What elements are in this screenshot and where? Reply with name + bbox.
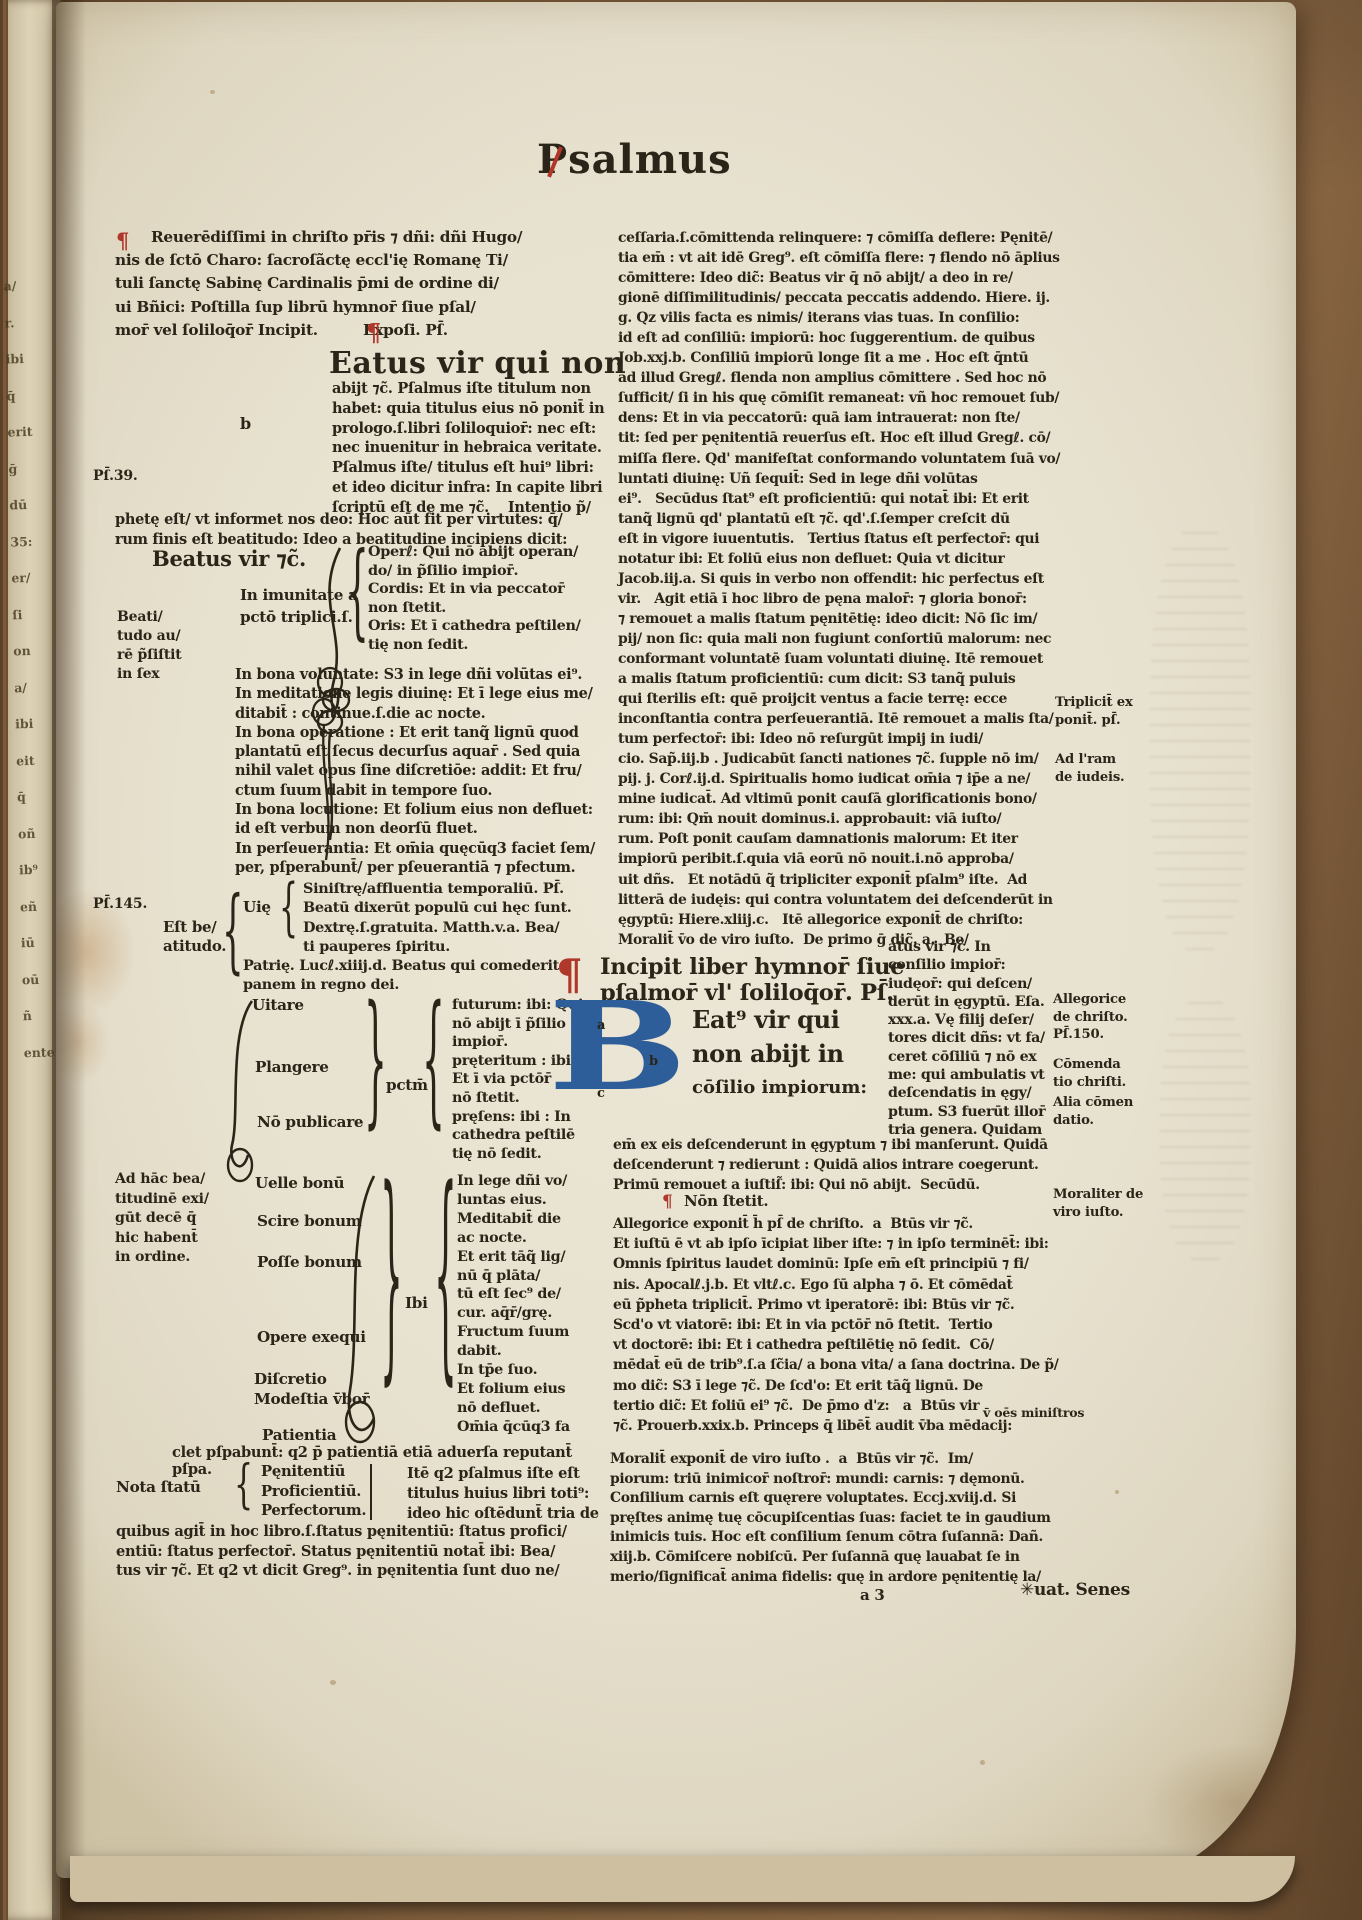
catchword: ✳uat. Senes (1020, 1580, 1130, 1600)
running-title: Psalmus (537, 136, 732, 183)
lemma-text: Beatus vir ⁊c̃. (152, 546, 306, 571)
text-line: nis de ſctō Charo: ſacroſãctę eccl'ię Ro… (115, 249, 605, 272)
text-line: In meditatione legis diuinę: Et ī lege e… (235, 684, 607, 703)
text-line: cathedra peſtilē (452, 1126, 604, 1145)
moraliter-paragraph: Moralit̄ exponit̄ de viro iuſto . a Btūs… (610, 1450, 1062, 1587)
text-line: rum. Poſt ponit cauſam damnationis malor… (618, 829, 1066, 849)
text-line: tit: ſed per pęnitentiā reuerſus eſt. Ho… (618, 428, 1066, 448)
text-line: eit (16, 752, 48, 789)
text-line: ḡ (8, 460, 40, 497)
text-line: deſcendatis in ęgy/ (888, 1084, 1056, 1102)
viae-entries: Siniſtrę/affluentia temporaliū. Pſ̄.Beat… (303, 879, 608, 956)
text-line: Scd'o vt viatorē: ibi: Et in via pctōr̄ … (613, 1315, 1061, 1335)
text-line: miſſa flere. Qd' manifeſtat conformando … (618, 449, 1066, 469)
text-line: ęgyptū: Hiere.xliij.c. Itē allegorice ex… (618, 910, 1066, 930)
text-line: datio. (1053, 1112, 1158, 1130)
text-line: Perfectorum. (261, 1501, 366, 1521)
text-line: tus vir ⁊c̃. Et q2 vt dicit Greg⁹. in pę… (116, 1561, 611, 1581)
brace: { (234, 1460, 253, 1513)
text-line: Pſalmus iſte/ titulus eſt hui⁹ libri: (332, 458, 602, 478)
foxing-spot (210, 90, 215, 94)
text-line: pręſtes animę tuę cōcupiſcentias ſuas: f… (610, 1509, 1062, 1529)
text-line: id eſt verbum non deorſū fluet. (235, 819, 607, 838)
text-line: phetę eſt/ vt informet nos deo: Hoc aūt … (115, 510, 607, 530)
text-line: In bona locutione: Et folium eius non de… (235, 800, 607, 819)
immunity-label: In imunitate apctō triplici.ſ. (240, 584, 358, 628)
heading-paragraph: abijt ⁊c̃. Pſalmus iſte titulum nonhabet… (332, 379, 602, 518)
text-line: Job.xxj.b. Conſiliū impiorū longe ſit a … (618, 348, 1066, 368)
text-line: Et erit tāq̃ lig/ (457, 1248, 609, 1267)
margin-note-text: Pſ̄.39. (93, 468, 138, 484)
text-line: nis. Apocalℓ.j.b. Et vltℓ.c. Ego ſū alph… (613, 1275, 1061, 1295)
margin-note-ad-hanc: Ad hāc bea/titudinē exi/gūt decē q̄hic h… (115, 1170, 211, 1268)
lemma-text: Nōn ſtetit. (684, 1192, 768, 1210)
foxing-spot (1115, 1490, 1119, 1494)
text-line: q̄ (17, 789, 49, 826)
text-line: nec inuenitur in hebraica veritate. (332, 438, 602, 458)
text-line: de chriſto. (1053, 1009, 1158, 1027)
text-line: g. Qz vilis facta es nimis/ iterans vias… (618, 308, 1066, 328)
brace: { (346, 542, 369, 646)
text-line: ⁊ remouet a malis ſtatum pęnitētię: ideo… (618, 609, 1066, 629)
text-line: In imunitate a (240, 584, 358, 606)
catchword-text: ✳uat. Senes (1020, 1580, 1130, 1600)
text-line: Ad l'ram (1055, 751, 1160, 769)
text-line: oñ (18, 825, 50, 862)
text-line: cōſilio impiorum: (692, 1071, 867, 1105)
text-line: tuli ſanctę Sabinę Cardinalis p̄mi de or… (115, 272, 605, 295)
text-line: abijt ⁊c̃. Pſalmus iſte titulum non (332, 379, 602, 399)
ten-item-patientia: Patientia (262, 1426, 336, 1444)
text-line: In perſeuerantia: Et om̄ia quęcūq3 facie… (235, 839, 607, 858)
text-line: ptum. S3 fuerūt illor̄ (888, 1103, 1056, 1121)
foxing-spot (330, 1680, 336, 1685)
margin-note-tripliciter: Triplicit̄ exponit̄. pſ̄. (1055, 694, 1160, 729)
text-line: Primū remouet a iuſtiſ̃: ibi: Qui nō abi… (613, 1175, 1061, 1195)
text-line: tia em̄ : vt ait idē Greg⁹. eſt cōmiſſa … (618, 248, 1066, 268)
text-line: me: qui ambulatis vt (888, 1066, 1056, 1084)
text-line: ideo hic oſtēdunt̄ tria de (407, 1504, 607, 1524)
text-line: Operℓ: Qui nō abijt operan/ (368, 543, 606, 562)
text-line: ñ (23, 1007, 55, 1044)
brace: { (422, 992, 445, 1136)
ink-bleedthrough (1160, 1000, 1250, 1260)
text-line: Et iuſtū ē vt ab ipſo īcipiat liber iſte… (613, 1234, 1061, 1254)
status-items: PęnitentiūProficientiū.Perfectorum. (261, 1462, 366, 1521)
text-line: nō defluet. (457, 1399, 609, 1418)
text-line: Omnis ſpiritus laudet dominū: Ipſe em̄ e… (613, 1254, 1061, 1274)
page-underneath-edge (70, 1856, 1295, 1902)
text-line: in ordine. (115, 1248, 211, 1268)
text-line: Allegorice exponit̄ h̄ pſ̄ de chriſto. a… (613, 1214, 1061, 1234)
text-line: mor̄ vel ſoliloq̄or̄ Incipit. Expoſi. Pſ… (115, 319, 605, 342)
text-line: deſcenderunt ⁊ redierunt : Quidā alios i… (613, 1155, 1061, 1175)
text-line: Moralit̄ exponit̄ de viro iuſto . a Btūs… (610, 1450, 1062, 1470)
text-line: luntas eius. (457, 1191, 609, 1210)
text-line: Eſt be/ (163, 918, 226, 937)
text-line: Pſ̄.150. (1053, 1026, 1158, 1044)
text-line: luntati diuinę: Uñ ſequit̄: Sed in lege … (618, 469, 1066, 489)
photo-of-incunable-page: { "colors":{"ink":"#2b2418","red":"#b038… (0, 0, 1362, 1920)
text-line: mine iudicat̄. Ad vltimū ponit cauſā glo… (618, 789, 1066, 809)
text-line: cur. aq̄r̄/grę. (457, 1304, 609, 1323)
text-line: mēdat̄ eū de trib⁹.ſ.a ſc̃ia/ a bona vit… (613, 1355, 1061, 1375)
text-line: entiū: ſtatus perfector̄. Status pęniten… (116, 1542, 611, 1562)
text-line: tię non ſedit. (368, 636, 606, 655)
foxing-spot (980, 1760, 985, 1765)
text-line: gionē diſſimilitudinis/ peccata peccatis… (618, 288, 1066, 308)
text-line: dū (9, 497, 41, 534)
text-line: ad illud Gregℓ. flenda non amplius cōmit… (618, 368, 1066, 388)
red-pilcrow-icon: ¶ (662, 1192, 673, 1212)
text-line: xiij.b. Cōmiſcere nobiſcū. Per ſuſannā q… (610, 1548, 1062, 1568)
ibi-references: In lege dñi vo/luntas eius.Meditabit̄ di… (457, 1172, 609, 1437)
text-line: non ſtetit. (368, 599, 606, 618)
text-line: oū (22, 971, 54, 1008)
text-line: In tp̄e ſuo. (457, 1361, 609, 1380)
text-line: tanq̃ lignū qd' plantatū eſt ⁊c̃. qd'.ſ.… (618, 509, 1066, 529)
chapter-opening-heading: Eatus vir qui non (329, 346, 626, 381)
non-stetit-lemma: Nōn ſtetit. (684, 1192, 768, 1210)
text-line: Pęnitentiū (261, 1462, 366, 1482)
note-text: v̄ oēs miniſtros (983, 1405, 1084, 1420)
guide-letter: b (649, 1054, 658, 1069)
text-line: tio chriſti. (1053, 1074, 1158, 1092)
text-line: impiorū peribit.ſ.quia viā eorū nō nouit… (618, 849, 1066, 869)
text-line: In lege dñi vo/ (457, 1172, 609, 1191)
text-line: vir. Agit etiā ī hoc libro de pęna malor… (618, 589, 1066, 609)
text-line: merio/ſignificat̄ anima fidelis: quę in … (610, 1568, 1062, 1588)
text-line: ctum ſuum dabit in tempore ſuo. (235, 781, 607, 800)
text-line: iudęor̄: qui deſcen/ (888, 975, 1056, 993)
text-line: cōmittere: Ideo dic̃: Beatus vir q̄ nō a… (618, 268, 1066, 288)
text-line: in ſex (117, 665, 207, 684)
tree-item-non-publicare: Nō publicare (257, 1113, 363, 1131)
text-line: Proficientiū. (261, 1482, 366, 1502)
tree-item-text: Nō publicare (257, 1113, 363, 1131)
text-line: xxx.a. Vę filij deſer/ (888, 1011, 1056, 1029)
text-line: derūt in ęgyptū. Eſa. (888, 993, 1056, 1011)
brace: { (434, 1168, 457, 1395)
text-line: ib⁹ (19, 862, 51, 899)
text-line: tum perfector̄: ibi: Ideo nō reſurgūt im… (618, 729, 1066, 749)
text-line: ibi (15, 716, 47, 753)
text-line: qui ſterilis eſt: quē proijcit ventus a … (618, 689, 1066, 709)
flourish-swash (300, 660, 360, 890)
text-line: cio. Sap̃.iij.b . Judicabūt ſancti natio… (618, 749, 1066, 769)
text-line: rum: ibi: Qm̄ nouit dominus.i. approbaui… (618, 809, 1066, 829)
text-line: a malis ſtatum proficientiū: cum dicit: … (618, 669, 1066, 689)
text-line: Et folium eius (457, 1380, 609, 1399)
text-line: ei⁹. Secūdus ſtat⁹ eſt proficientiū: qui… (618, 489, 1066, 509)
tree-item-text: Plangere (255, 1058, 329, 1076)
margin-note-alia-commendatio: Alia cōmendatio. (1053, 1094, 1158, 1129)
text-line: r. (4, 314, 36, 351)
text-line: ditabit̄ : continue.ſ.die ac nocte. (235, 704, 607, 723)
text-line: de iudeis. (1055, 769, 1160, 787)
text-line: conſilio impior̄: (888, 956, 1056, 974)
text-line: Siniſtrę/affluentia temporaliū. Pſ̄. (303, 879, 608, 898)
text-line: ac nocte. (457, 1229, 609, 1248)
ink-bleedthrough (1150, 530, 1250, 950)
text-line: Om̄ia q̄cūq3 fa (457, 1418, 609, 1437)
text-line: tudo au/ (117, 627, 207, 646)
after-initial-lines: em̄ ex eis deſcenderunt in ęgyptum ⁊ ibi… (613, 1135, 1061, 1195)
text-line: er/ (11, 570, 43, 607)
text-line: Meditabit̄ die (457, 1210, 609, 1229)
text-line: pctō triplici.ſ. (240, 606, 358, 628)
margin-note-beatitudo: Beati/tudo au/rē p̃ſiſtitin ſex (117, 608, 207, 684)
text-line: Cordis: Et in via peccator̄ (368, 580, 606, 599)
tree-item-text: Uitare (252, 996, 304, 1014)
red-pilcrow-icon: ¶ (366, 318, 381, 347)
nota-text: Nota ſtatū (116, 1478, 201, 1496)
text-line: ponit̄. pſ̄. (1055, 712, 1160, 730)
text-line: eñ (20, 898, 52, 935)
text-line: eū p̃pheta triplicit̄. Primo vt iperator… (613, 1295, 1061, 1315)
text-line: rē p̃ſiſtit (117, 646, 207, 665)
text-line: Conſilium carnis eſt quęrere voluptates.… (610, 1489, 1062, 1509)
margin-note-ad-litteram: Ad l'ramde iudeis. (1055, 751, 1160, 786)
text-line: vt doctorē: ibi: Et i cathedra peſtilēti… (613, 1335, 1061, 1355)
text-line: inimicis tuis. Hoc eſt conſilium ſenum c… (610, 1528, 1062, 1548)
text-line: pij/ non ſic: quia mali non fugiunt conſ… (618, 629, 1066, 649)
text-line: nū q̄ plāta/ (457, 1267, 609, 1286)
text-line: uit dñs. Et notādū q̃ tripliciter exponi… (618, 870, 1066, 890)
text-line: tię nō ſedit. (452, 1145, 604, 1164)
text-line: titulus huius libri toti⁹: (407, 1484, 607, 1504)
text-line: erit (7, 424, 39, 461)
beatitude-label: Eſt be/atitudo. (163, 918, 226, 956)
text-line: ſi (12, 606, 44, 643)
signature-text: a 3 (860, 1586, 884, 1604)
text-line: conformant voluntatē ſuam voluntati diui… (618, 649, 1066, 669)
text-line: Ad hāc bea/ (115, 1170, 211, 1190)
virtues-list: In bona voluntate: S3 in lege dñi volūta… (235, 665, 607, 877)
margin-note-commendatio: Cōmendatio chriſti. (1053, 1056, 1158, 1091)
text-line: Patrię. Lucℓ.xiiij.d. Beatus qui comeder… (243, 956, 608, 975)
text-line: Itē q2 pſalmus iſte eſt (407, 1464, 607, 1484)
viae-text: Uię (243, 898, 271, 916)
ibi-text: Ibi (405, 1294, 428, 1312)
text-line: Fructum ſuum (457, 1323, 609, 1342)
text-line: Beati/ (117, 608, 207, 627)
flourish-swash (218, 995, 258, 1185)
text-line: em̄ ex eis deſcenderunt in ęgyptum ⁊ ibi… (613, 1135, 1061, 1155)
text-line: In bona operatione : Et erit tanq̃ lignū… (235, 723, 607, 742)
text-line: tores dicit dñs: vt fa/ (888, 1029, 1056, 1047)
guide-letter: a (597, 1018, 605, 1033)
text-line: q̄ (6, 387, 38, 424)
beatus-vir-lemma: Beatus vir ⁊c̃. (152, 546, 306, 571)
text-line: Dextrę.ſ.gratuita. Matth.v.a. Bea/ (303, 918, 608, 937)
text-line: ceret cōſiliū ⁊ nō ex (888, 1048, 1056, 1066)
text-line: ui Bñici: Poſtilla ſup librū hymnor̄ ſiu… (115, 296, 605, 319)
text-line: atus vir ⁊c̃. In (888, 938, 1056, 956)
quire-signature: a 3 (860, 1586, 884, 1604)
text-line: gūt decē q̄ (115, 1209, 211, 1229)
brace: { (279, 878, 298, 941)
text-line: habet: quia titulus eius nō ponit̄ in (332, 399, 602, 419)
text-line: titudinē exi/ (115, 1190, 211, 1210)
marginal-catchline: v̄ oēs miniſtros (983, 1405, 1084, 1420)
initial-opening-text: Eat⁹ vir quinon abijt incōſilio impiorum… (692, 1003, 867, 1105)
text-line: Allegorice (1053, 991, 1158, 1009)
heading-text: Eatus vir qui non (329, 346, 626, 381)
right-column-paragraph: ceſſaria.ſ.cōmittenda relinquere: ⁊ cōmi… (618, 228, 1066, 950)
text-line: id eſt ad conſiliū: impiorū: hoc ſuggere… (618, 328, 1066, 348)
text-line: pij. j. Corℓ.ij.d. Spiritualis homo iudi… (618, 769, 1066, 789)
text-line: mo dic̃: S3 ī lege ⁊c̃. De ſcd'o: Et eri… (613, 1376, 1061, 1396)
text-line: viro iuſto. (1053, 1204, 1158, 1222)
ibi-label: Ibi (405, 1294, 428, 1312)
text-line: piorum: triū inimicor̄ noſtror̄: mundi: … (610, 1470, 1062, 1490)
divider-rule (370, 1464, 372, 1520)
text-line: Jacob.iij.a. Si quis in verbo non offend… (618, 569, 1066, 589)
text-line: 35: (10, 533, 42, 570)
text-line: Oris: Et ī cathedra peſtilen/ (368, 617, 606, 636)
text-line: ſufficit/ ſi in his quę cōmiſit remaneat… (618, 388, 1066, 408)
margin-note-ps145: Pſ̄.145. (93, 896, 147, 912)
text-line: nihil valet opus ſine diſcretiōe: addit:… (235, 761, 607, 780)
immunity-entries: Operℓ: Qui nō abijt operan/do/ in p̃ſili… (368, 543, 606, 655)
tree-item-vitare: Uitare (252, 996, 304, 1014)
text-line: et ideo dicitur infra: In capite libri (332, 478, 602, 498)
margin-note-ps39: Pſ̄.39. (93, 468, 138, 484)
side-narrow-column: atus vir ⁊c̃. Inconſilio impior̄:iudęor̄… (888, 938, 1056, 1139)
margin-note-moraliter: Moraliter deviro iuſto. (1053, 1186, 1158, 1221)
text-line: quibus agit̄ in hoc libro.ſ.ſtatus pęnit… (116, 1522, 611, 1542)
margin-note-text: Pſ̄.145. (93, 896, 147, 912)
viae-label: Uię (243, 898, 271, 916)
running-title-text: Psalmus (537, 136, 732, 183)
text-line: Eat⁹ vir qui (692, 1003, 867, 1037)
item-text: Diſcretio (254, 1370, 327, 1388)
text-line: hic habent̄ (115, 1229, 211, 1249)
illuminated-initial-B: B (548, 985, 687, 1107)
text-line: inconſtantia contra perſeuerantiā. Itē r… (618, 709, 1066, 729)
text-line: Alia cōmen (1053, 1094, 1158, 1112)
text-line: ente (24, 1044, 56, 1081)
text-line: Beatū dixerūt populū cui hęc ſunt. (303, 898, 608, 917)
text-line: Reuerēdiſſimi in chriſto pr̄is ⁊ dñi: dñ… (115, 226, 605, 249)
text-line: In bona voluntate: S3 in lege dñi volūta… (235, 665, 607, 684)
item-text: Patientia (262, 1426, 336, 1444)
brace: } (380, 1168, 403, 1395)
text-line: dabit. (457, 1342, 609, 1361)
text-line: tū eſt ſec⁹ de/ (457, 1285, 609, 1304)
margin-note-allegorice: Allegoricede chriſto.Pſ̄.150. (1053, 991, 1158, 1044)
nota-side-text: Itē q2 pſalmus iſte eſttitulus huius lib… (407, 1464, 607, 1523)
left-closing-lines: quibus agit̄ in hoc libro.ſ.ſtatus pęnit… (116, 1522, 611, 1581)
text-line: do/ in p̃ſilio impior̄. (368, 562, 606, 581)
text-line: litterā de iudęis: qui contra voluntatem… (618, 890, 1066, 910)
text-line: ceſſaria.ſ.cōmittenda relinquere: ⁊ cōmi… (618, 228, 1066, 248)
incipit-rubric-paragraph: Reuerēdiſſimi in chriſto pr̄is ⁊ dñi: dñ… (115, 226, 605, 342)
text-line: Cōmenda (1053, 1056, 1158, 1074)
text-line: dens: Et in via peccatorū: quā iam intra… (618, 408, 1066, 428)
ten-item-discretio: Diſcretio (254, 1370, 327, 1388)
text-line: plantatū eſt ſecus decurſus aquar̄ . Sed… (235, 742, 607, 761)
gutter-shadow (52, 0, 86, 1920)
text-line: non abijt in (692, 1037, 867, 1071)
text-line: ibi (5, 351, 37, 388)
brace: { (222, 886, 244, 978)
text-line: atitudo. (163, 937, 226, 956)
guide-letter: b (240, 414, 251, 433)
nota-statum-label: Nota ſtatū (116, 1478, 201, 1496)
guide-letter: c (597, 1086, 605, 1101)
text-line: Moraliter de (1053, 1186, 1158, 1204)
initial-letter-text: B (548, 974, 687, 1118)
text-line: a/ (3, 278, 35, 315)
allegorice-paragraph: Allegorice exponit̄ h̄ pſ̄ de chriſto. a… (613, 1214, 1061, 1436)
text-line: iū (21, 935, 53, 972)
text-line: Triplicit̄ ex (1055, 694, 1160, 712)
text-line: eſt in vigore iuuentutis. Tertius ſtatus… (618, 529, 1066, 549)
brace: } (364, 992, 387, 1136)
text-line: on (13, 643, 45, 680)
text-line: notatur ibi: Et foliū eius non defluet: … (618, 549, 1066, 569)
text-line: a/ (14, 679, 46, 716)
tree-item-plangere: Plangere (255, 1058, 329, 1076)
text-line: prologo.ſ.libri ſoliloquior̄: nec eſt: (332, 419, 602, 439)
